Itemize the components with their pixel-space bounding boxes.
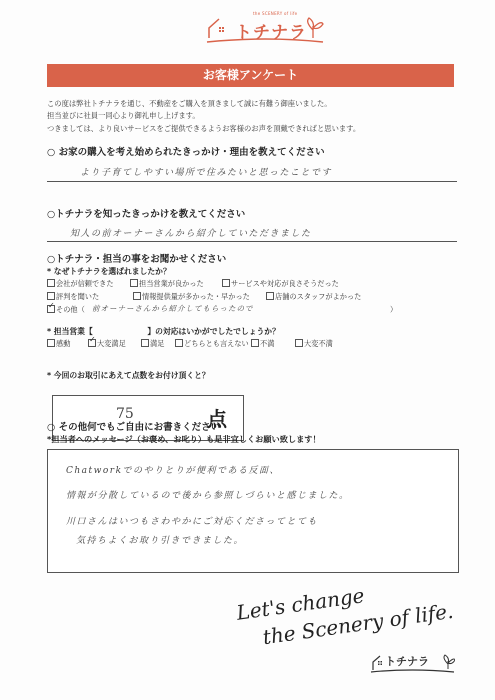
reason-option-staff-good[interactable]: 店舗のスタッフがよかった — [266, 292, 361, 302]
reason-option-sales-good[interactable]: 担当営業が良かった — [130, 279, 204, 289]
satisfaction-option[interactable]: どちらとも言えない — [175, 339, 249, 349]
logo-tagline: the SCENERY of life — [253, 11, 297, 16]
satisfaction-option[interactable]: 大変満足 — [88, 339, 126, 349]
q2-answer[interactable]: 知人の前オーナーさんから紹介していただきました — [70, 226, 312, 239]
checkbox[interactable] — [175, 339, 183, 347]
brand-logo: the SCENERY of life トチナラ — [205, 8, 325, 48]
checkbox[interactable] — [266, 292, 274, 300]
logo-name: トチナラ — [235, 18, 307, 43]
checkbox[interactable] — [222, 279, 230, 287]
message-line: 川口さんはいつもさわやかにご対応くださってとても — [66, 514, 318, 527]
q2-title: ○トチナラを知ったきっかけを教えてください — [47, 206, 245, 220]
checkbox[interactable] — [47, 292, 55, 300]
reason-other-close: ） — [390, 305, 397, 315]
message-box[interactable]: Chatworkでのやりとりが便利である反面、 情報が分散しているので後から参照… — [47, 449, 459, 573]
reason-option-info-amount[interactable]: 情報提供量が多かった・早かった — [133, 292, 250, 302]
checkbox[interactable] — [130, 279, 138, 287]
message-line: Chatworkでのやりとりが便利である反面、 — [66, 463, 280, 476]
checkbox[interactable] — [251, 339, 259, 347]
message-line: 気持ちよくお取り引きできました。 — [76, 533, 244, 546]
reason-option-company-trust[interactable]: 会社が信頼できた — [47, 279, 114, 289]
reason-option-other[interactable]: その他（ — [47, 305, 85, 315]
reason-option-service-good[interactable]: サービスや対応が良さそうだった — [222, 279, 339, 289]
checkbox[interactable] — [47, 279, 55, 287]
footer-logo: トチナラ — [370, 650, 455, 680]
footer-logo-name: トチナラ — [385, 653, 429, 669]
q1-title: ○ お家の購入を考え始められたきっかけ・理由を教えてください — [47, 144, 325, 158]
intro-line: この度は弊社トチナラを通じ、不動産をご購入を頂きまして誠に有難う御座いました。 — [47, 98, 467, 110]
intro-line: 担当並びに社員一同心より御礼申し上げます。 — [47, 110, 467, 122]
q4-subtitle: *担当者へのメッセージ（お褒め、お叱り）も是非宜しくお願い致します！ — [47, 434, 321, 445]
reason-option-reputation[interactable]: 評判を聞いた — [47, 292, 99, 302]
message-line: 情報が分散しているので後から参照しづらいと感じました。 — [66, 488, 350, 501]
satisfaction-option[interactable]: 大変不満 — [295, 339, 333, 349]
q3-title: ○トチナラ・担当の事をお聞かせください — [47, 251, 226, 265]
checkbox-checked[interactable] — [88, 339, 96, 347]
checkbox[interactable] — [133, 292, 141, 300]
q4-title: ○ その他何でもご自由にお書きください — [47, 419, 220, 433]
q2-answer-line — [47, 241, 457, 242]
intro-line: つきましては、より良いサービスをご提供できるようお客様のお声を頂戴できればと思い… — [47, 123, 467, 135]
satisfaction-option[interactable]: 感動 — [47, 339, 70, 349]
satisfaction-option[interactable]: 満足 — [141, 339, 164, 349]
checkbox[interactable] — [47, 339, 55, 347]
q1-answer[interactable]: より子育てしやすい場所で住みたいと思ったことです — [80, 165, 332, 178]
reason-other-answer[interactable]: 前オーナーさんから紹介してもらったので — [92, 303, 254, 314]
checkbox[interactable] — [141, 339, 149, 347]
intro-text: この度は弊社トチナラを通じ、不動産をご購入を頂きまして誠に有難う御座いました。 … — [47, 98, 467, 135]
satisfaction-option[interactable]: 不満 — [251, 339, 274, 349]
checkbox-checked[interactable] — [47, 305, 55, 313]
checkbox[interactable] — [295, 339, 303, 347]
sales-rating-label: * 担当営業【 】の対応はいかがでしたでしょうか？ — [47, 326, 280, 337]
why-label: * なぜトチナラを選ばれましたか？ — [47, 266, 171, 277]
survey-title-banner: お客様アンケート — [47, 64, 454, 87]
score-label: * 今回のお取引にあえて点数をお付け頂くと？ — [47, 370, 210, 381]
q1-answer-line — [47, 181, 457, 182]
